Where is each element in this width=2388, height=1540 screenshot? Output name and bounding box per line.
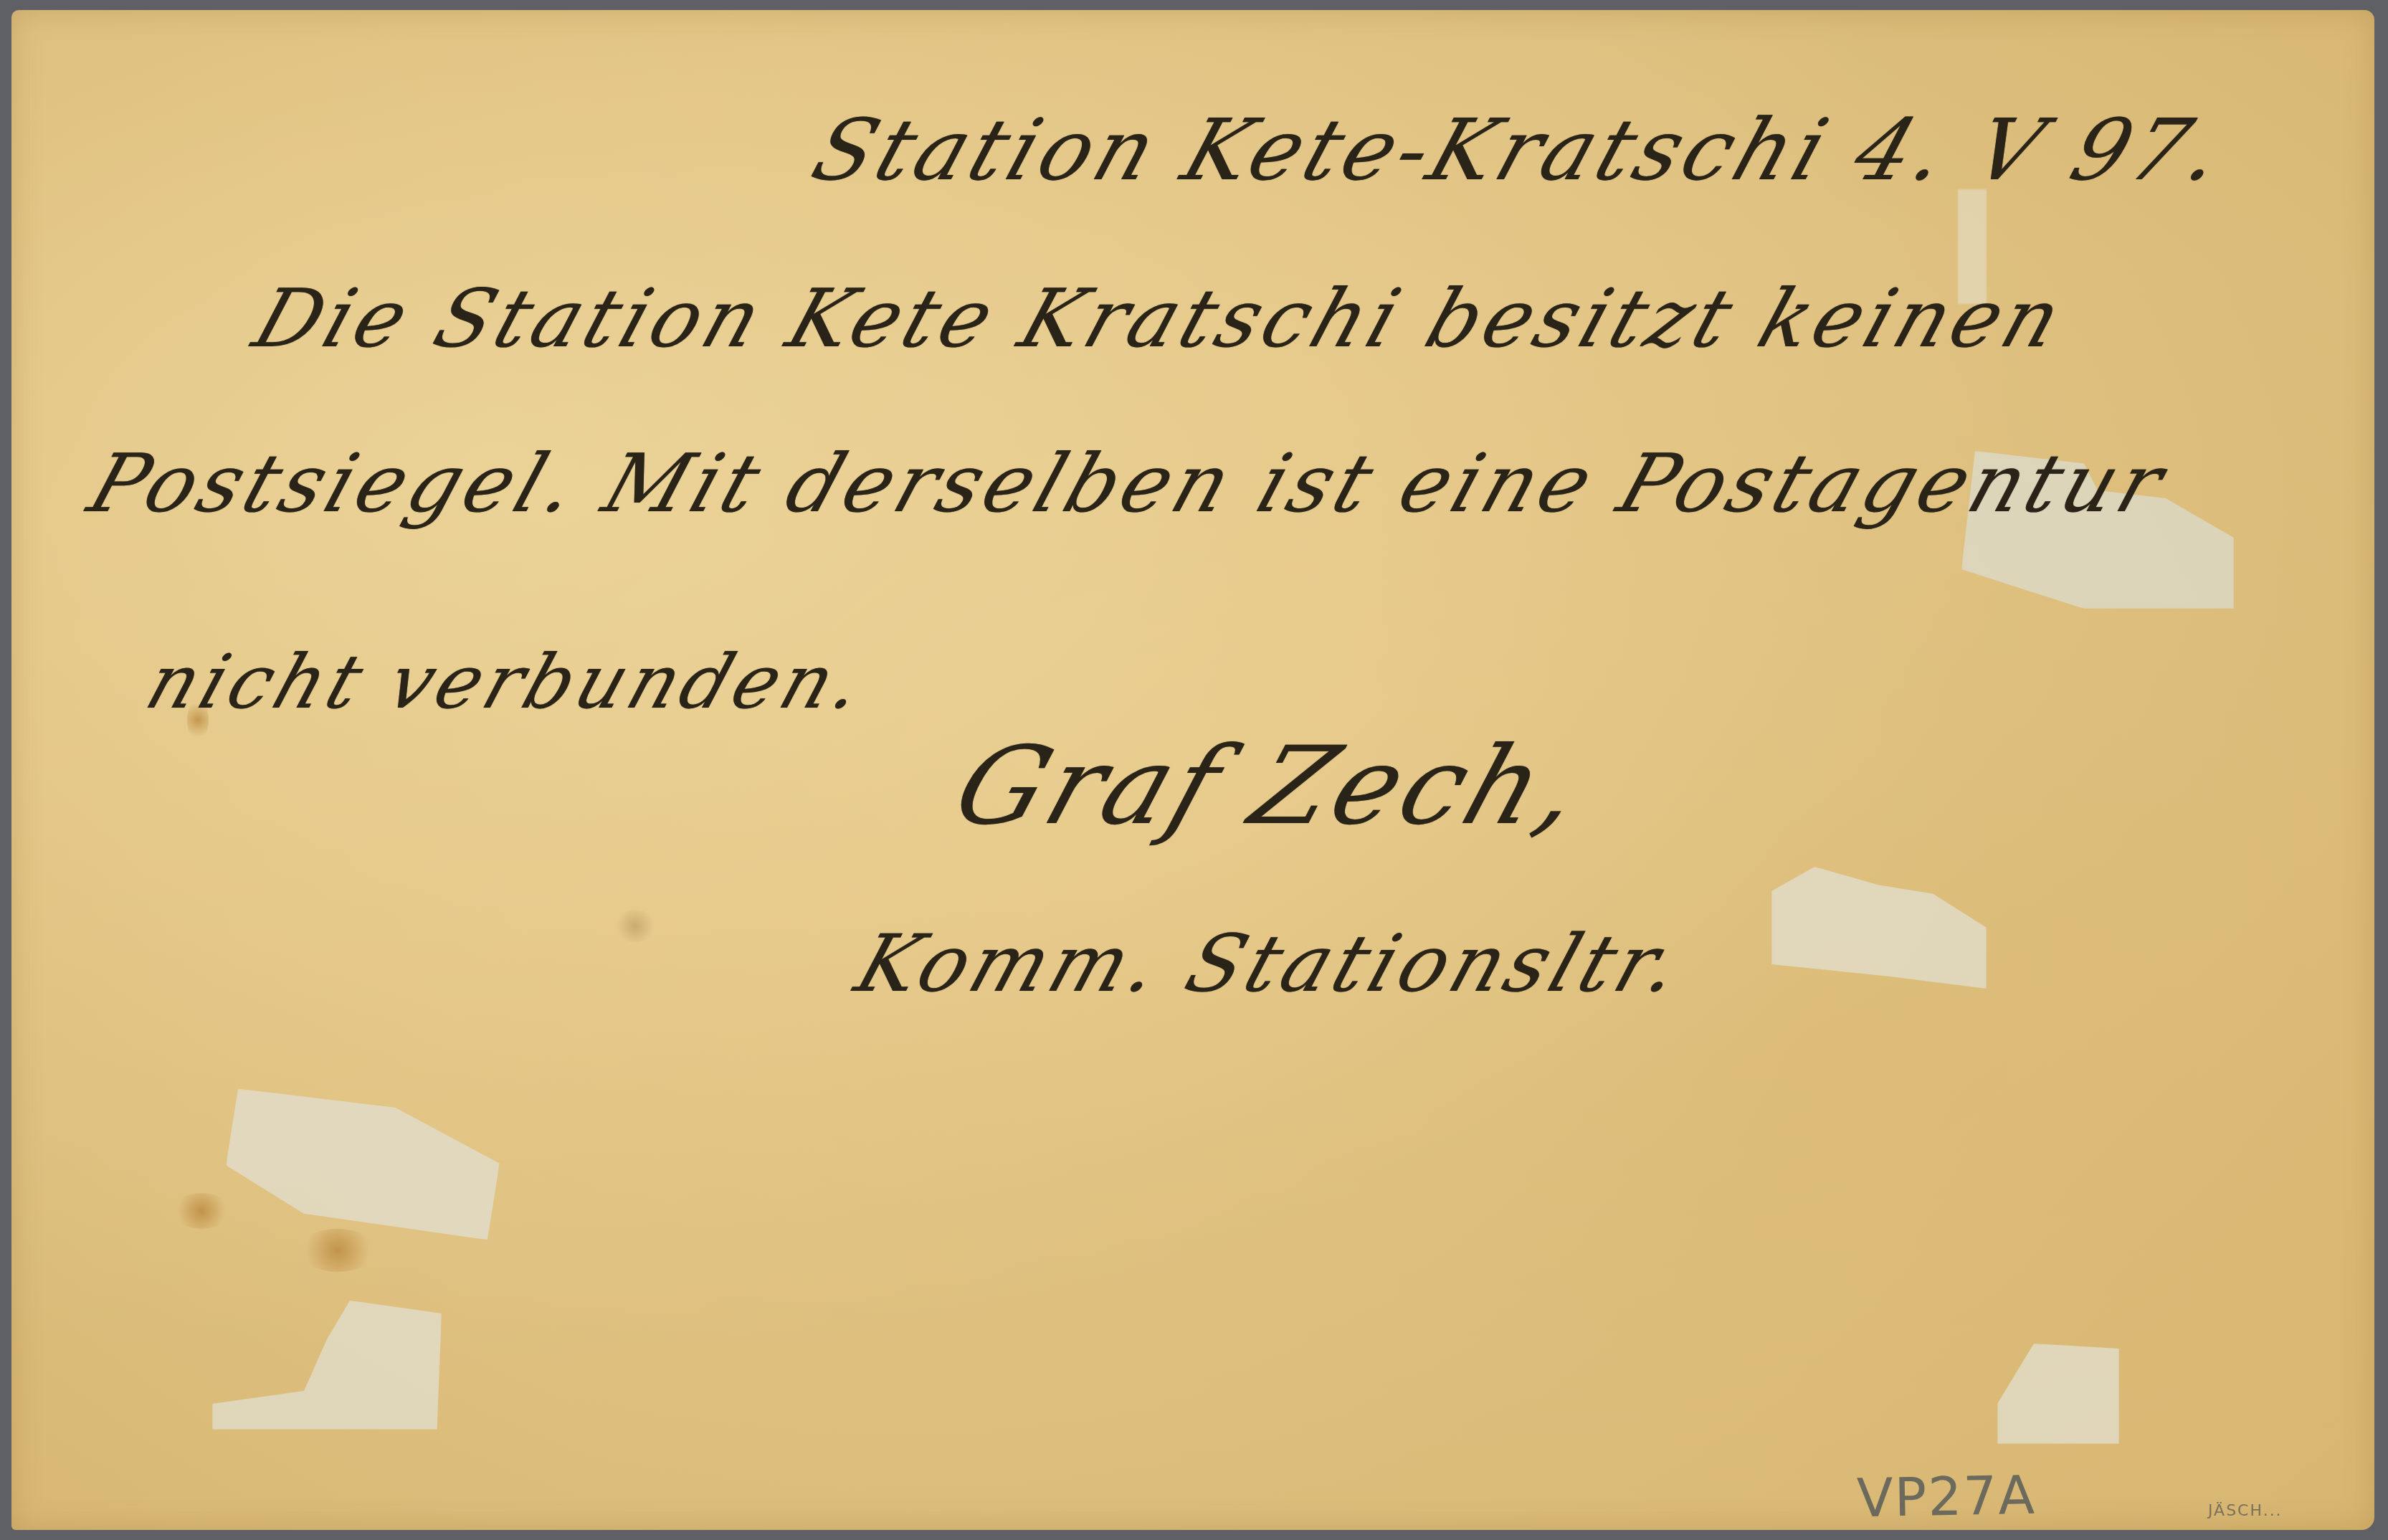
tape-remnant (212, 1301, 442, 1430)
tape-remnant (1771, 867, 1987, 989)
body-line-2: Postsiegel. Mit derselben ist eine Posta… (78, 437, 2179, 531)
place-date-line: Station Kete-Kratschi 4. V 97. (801, 100, 2240, 199)
tape-remnant (222, 1088, 504, 1240)
stain (298, 1229, 377, 1272)
pencil-annotation: VP27A (1856, 1465, 2036, 1529)
tape-remnant (1997, 1344, 2119, 1444)
printer-imprint: JÄSCH... (2208, 1502, 2283, 1520)
signature-name: Graf Zech, (941, 724, 1602, 849)
body-line-3: nicht verbunden. (136, 638, 878, 726)
signature-title: Komm. Stationsltr. (845, 918, 1695, 1009)
stain (173, 1193, 230, 1229)
stain (614, 910, 657, 942)
body-line-1: Die Station Kete Kratschi besitzt keinen (243, 272, 2076, 366)
